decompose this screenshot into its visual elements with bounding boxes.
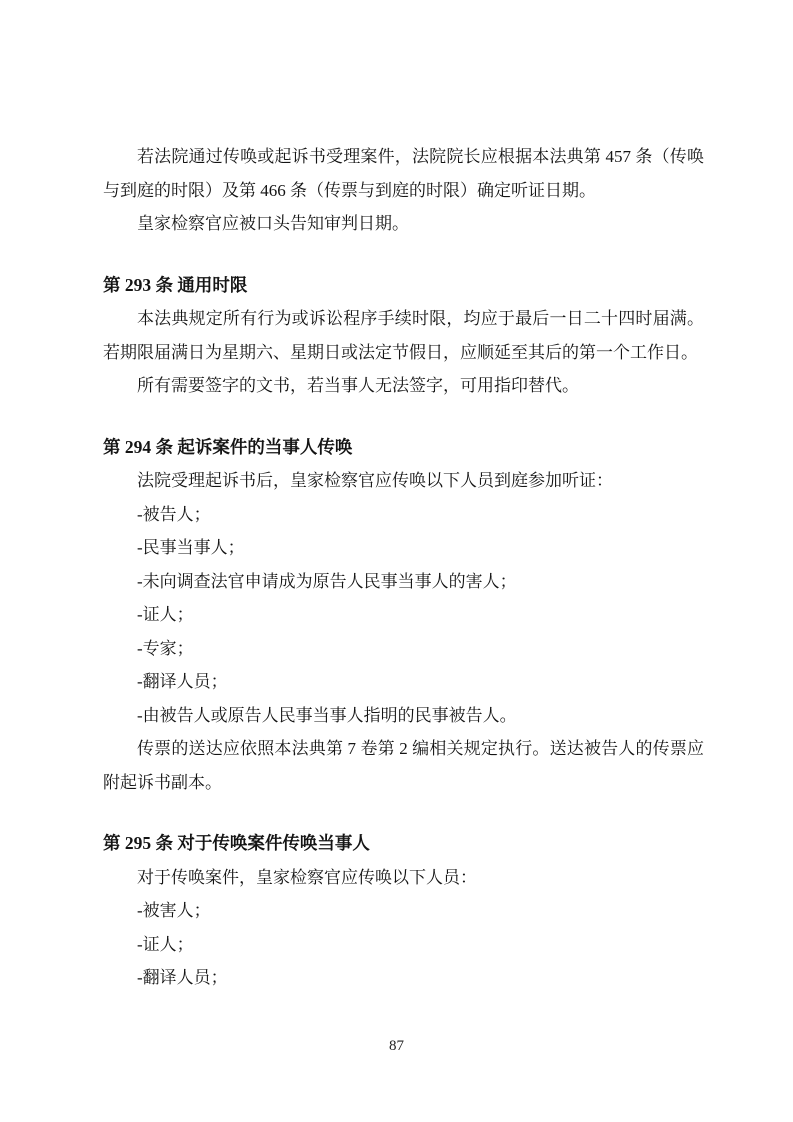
- document-page: 若法院通过传唤或起诉书受理案件，法院院长应根据本法典第 457 条（传唤与到庭的…: [0, 0, 793, 1122]
- article-294-list-item: -翻译人员；: [103, 665, 704, 699]
- article-294-list-item: -未向调查法官申请成为原告人民事当事人的害人；: [103, 565, 704, 599]
- article-294-list-item: -民事当事人；: [103, 531, 704, 565]
- article-293-paragraph: 所有需要签字的文书，若当事人无法签字，可用指印替代。: [103, 369, 704, 403]
- article-294-paragraph: 传票的送达应依照本法典第 7 卷第 2 编相关规定执行。送达被告人的传票应附起诉…: [103, 732, 704, 799]
- article-294-list-item: -被告人；: [103, 498, 704, 532]
- article-295-heading: 第 295 条 对于传唤案件传唤当事人: [103, 827, 704, 861]
- article-294-heading: 第 294 条 起诉案件的当事人传唤: [103, 431, 704, 465]
- page-number: 87: [0, 1036, 793, 1056]
- article-295-list-item: -证人；: [103, 928, 704, 962]
- intro-paragraph: 皇家检察官应被口头告知审判日期。: [103, 207, 704, 241]
- article-295-list-item: -翻译人员；: [103, 961, 704, 995]
- document-content: 若法院通过传唤或起诉书受理案件，法院院长应根据本法典第 457 条（传唤与到庭的…: [103, 140, 704, 995]
- article-294-list-item: -由被告人或原告人民事当事人指明的民事被告人。: [103, 699, 704, 733]
- article-294-list-item: -专家；: [103, 632, 704, 666]
- article-293-paragraph: 本法典规定所有行为或诉讼程序手续时限，均应于最后一日二十四时届满。若期限届满日为…: [103, 302, 704, 369]
- article-295-paragraph: 对于传唤案件，皇家检察官应传唤以下人员：: [103, 861, 704, 895]
- article-295-list-item: -被害人；: [103, 894, 704, 928]
- article-294-list-item: -证人；: [103, 598, 704, 632]
- intro-paragraph: 若法院通过传唤或起诉书受理案件，法院院长应根据本法典第 457 条（传唤与到庭的…: [103, 140, 704, 207]
- article-293-heading: 第 293 条 通用时限: [103, 269, 704, 303]
- article-294-paragraph: 法院受理起诉书后，皇家检察官应传唤以下人员到庭参加听证：: [103, 464, 704, 498]
